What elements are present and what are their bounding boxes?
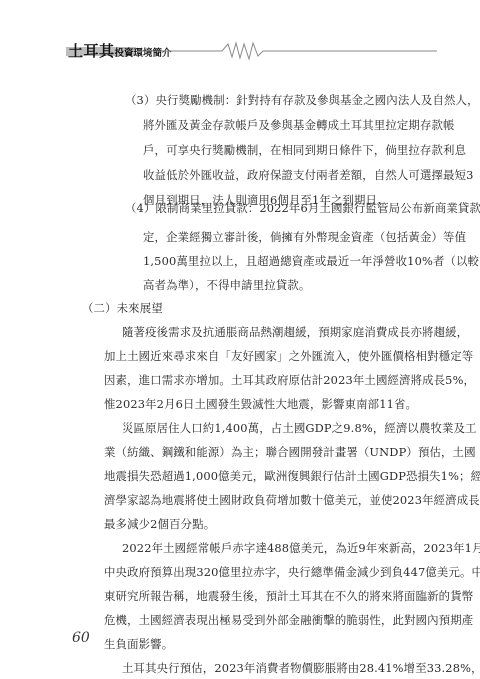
paragraph-3-line-5: 生負面影響。 (104, 637, 173, 651)
paragraph-2-line-1: 災區原居住人口約1,400萬，占土國GDP之9.8%，經濟以農牧業及工 (122, 421, 477, 435)
paragraph-1-line-1: 隨著疫後需求及抗通脹商品熱潮趨緩，預期家庭消費成長亦將趨緩， (122, 325, 468, 339)
list-item-4-line-1: （4）限制商業里拉貸款：2022年6月土國銀行監管局公布新商業貸款規 (125, 201, 480, 215)
paragraph-1-line-2: 加上土國近來尋求來自「友好國家」之外匯流入，使外匯價格相對穩定等 (104, 349, 473, 363)
subsection-heading: （二）未來展望 (82, 301, 163, 315)
paragraph-3-line-3: 東研究所報告稱，地震發生後，預計土耳其在不久的將來將面臨新的貨幣 (104, 589, 473, 603)
page-number: 60 (72, 630, 90, 646)
paragraph-2-line-4: 濟學家認為地震將使土國財政負荷增加數十億美元，並使2023年經濟成長 (104, 493, 480, 507)
list-marker: （3） (125, 93, 155, 107)
paragraph-3-line-1: 2022年土國經常帳戶赤字達488億美元，為近9年來新高，2023年1月 (122, 541, 480, 555)
paragraph-2-line-2: 業（紡織、鋼鐵和能源）為主；聯合國開發計畫署（UNDP）預估，土國 (104, 445, 476, 459)
list-item-3-line-4: 收益低於外匯收益，政府保證支付兩者差額，自然人可選擇最短3 (143, 168, 474, 182)
list-item-3-line-2: 將外匯及黃金存款帳戶及參與基金轉成土耳其里拉定期存款帳 (143, 118, 455, 132)
running-header: 土耳其投資環境簡介 (66, 38, 438, 62)
paragraph-3-line-2: 中央政府預算出現320億里拉赤字，央行總準備金減少到負447億美元。中 (104, 565, 480, 579)
paragraph-2-line-3: 地震損失恐超過1,000億美元，歐洲復興銀行估計土國GDP恐損失1%；經 (104, 469, 480, 483)
paragraph-4-line-1: 土耳其央行預估，2023年消費者物價膨脹將由28.41%增至33.28%， (122, 661, 480, 675)
list-marker: （4） (125, 201, 155, 215)
list-item-4-line-2: 定，企業經獨立審計後，倘擁有外幣現金資產（包括黃金）等值 (143, 230, 466, 244)
list-item-4-line-3: 1,500萬里拉以上，且超過總資產或最近一年淨營收10%者（以較 (143, 254, 479, 268)
paragraph-2-line-5: 最多減少2個百分點。 (104, 517, 215, 531)
list-item-3-line-3: 戶，可享央行獎勵機制，在相同到期日條件下，倘里拉存款利息 (143, 143, 466, 157)
paragraph-1-line-4: 惟2023年2月6日土國發生毀滅性大地震，影響東南部11省。 (104, 397, 417, 411)
paragraph-3-line-4: 危機，土國經濟表現出極易受到外部金融衝擊的脆弱性，此對國內預期產 (104, 613, 473, 627)
header-zigzag-rule (66, 38, 438, 62)
list-item-3-line-1: （3）央行獎勵機制：針對持有存款及參與基金之國內法人及自然人， (125, 93, 479, 107)
list-item-4-line-4: 高者為準），不得申請里拉貸款。 (143, 278, 310, 292)
paragraph-1-line-3: 因素，進口需求亦增加。土耳其政府原估計2023年土國經濟將成長5%， (104, 373, 475, 387)
